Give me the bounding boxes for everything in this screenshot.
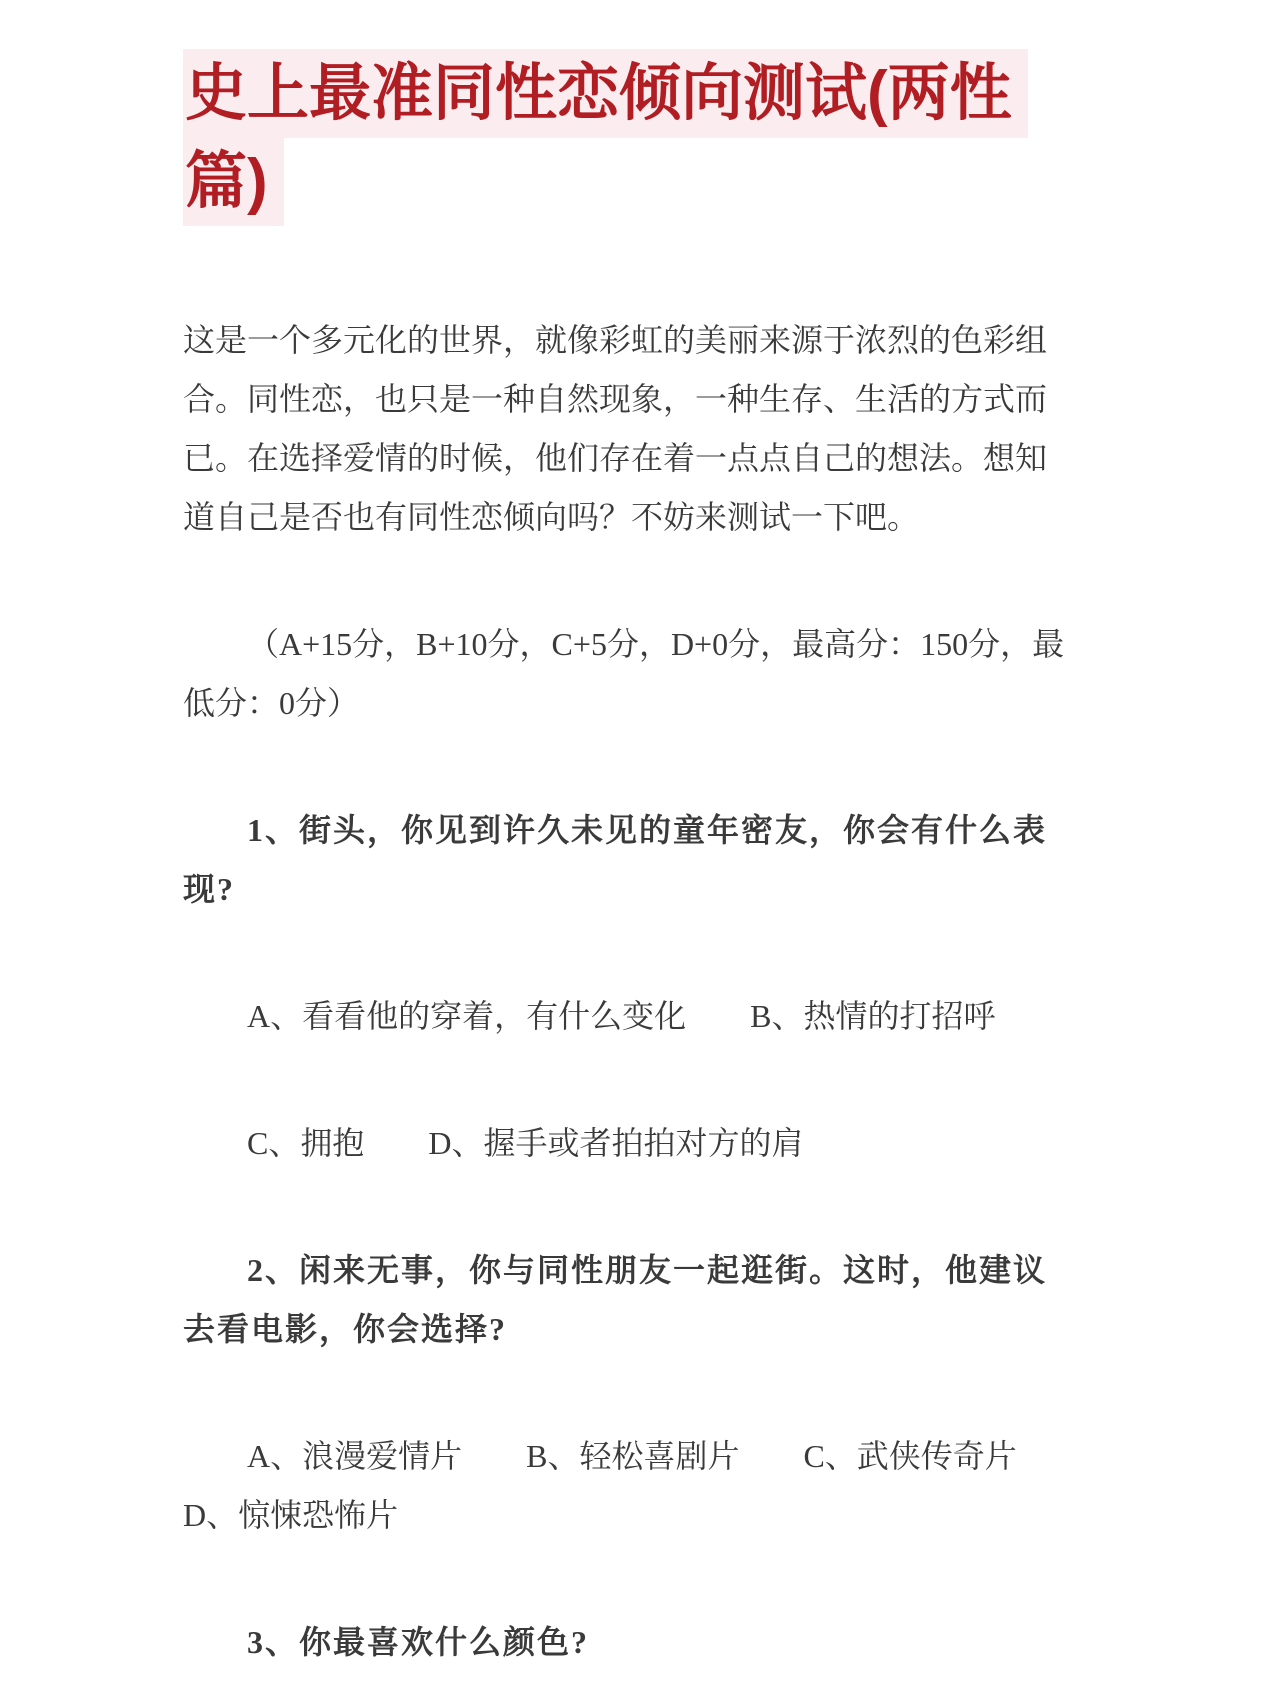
question-2-text: 2、闲来无事，你与同性朋友一起逛街。这时，他建议去看电影，你会选择? — [183, 1241, 1073, 1359]
question-1-options-row-1: A、看看他的穿着，有什么变化 B、热情的打招呼 — [183, 987, 1073, 1046]
question-3: 3、你最喜欢什么颜色? — [183, 1613, 1073, 1672]
question-1: 1、街头，你见到许久未见的童年密友，你会有什么表现? A、看看他的穿着，有什么变… — [183, 801, 1073, 1173]
scoring-note: （A+15分，B+10分，C+5分，D+0分，最高分：150分，最低分：0分） — [183, 615, 1073, 733]
article-title-highlight: 史上最准同性恋倾向测试(两性篇) — [183, 49, 1028, 226]
question-1-text: 1、街头，你见到许久未见的童年密友，你会有什么表现? — [183, 801, 1073, 919]
article-title: 史上最准同性恋倾向测试(两性篇) — [183, 50, 1073, 226]
question-2: 2、闲来无事，你与同性朋友一起逛街。这时，他建议去看电影，你会选择? A、浪漫爱… — [183, 1241, 1073, 1545]
question-3-text: 3、你最喜欢什么颜色? — [183, 1613, 1073, 1672]
question-1-options-row-2: C、拥抱 D、握手或者拍拍对方的肩 — [183, 1114, 1073, 1173]
intro-paragraph: 这是一个多元化的世界，就像彩虹的美丽来源于浓烈的色彩组合。同性恋，也只是一种自然… — [183, 311, 1073, 547]
question-2-options-row-1: A、浪漫爱情片 B、轻松喜剧片 C、武侠传奇片 D、惊悚恐怖片 — [183, 1427, 1073, 1545]
article-page: 史上最准同性恋倾向测试(两性篇) 这是一个多元化的世界，就像彩虹的美丽来源于浓烈… — [0, 0, 1280, 1706]
